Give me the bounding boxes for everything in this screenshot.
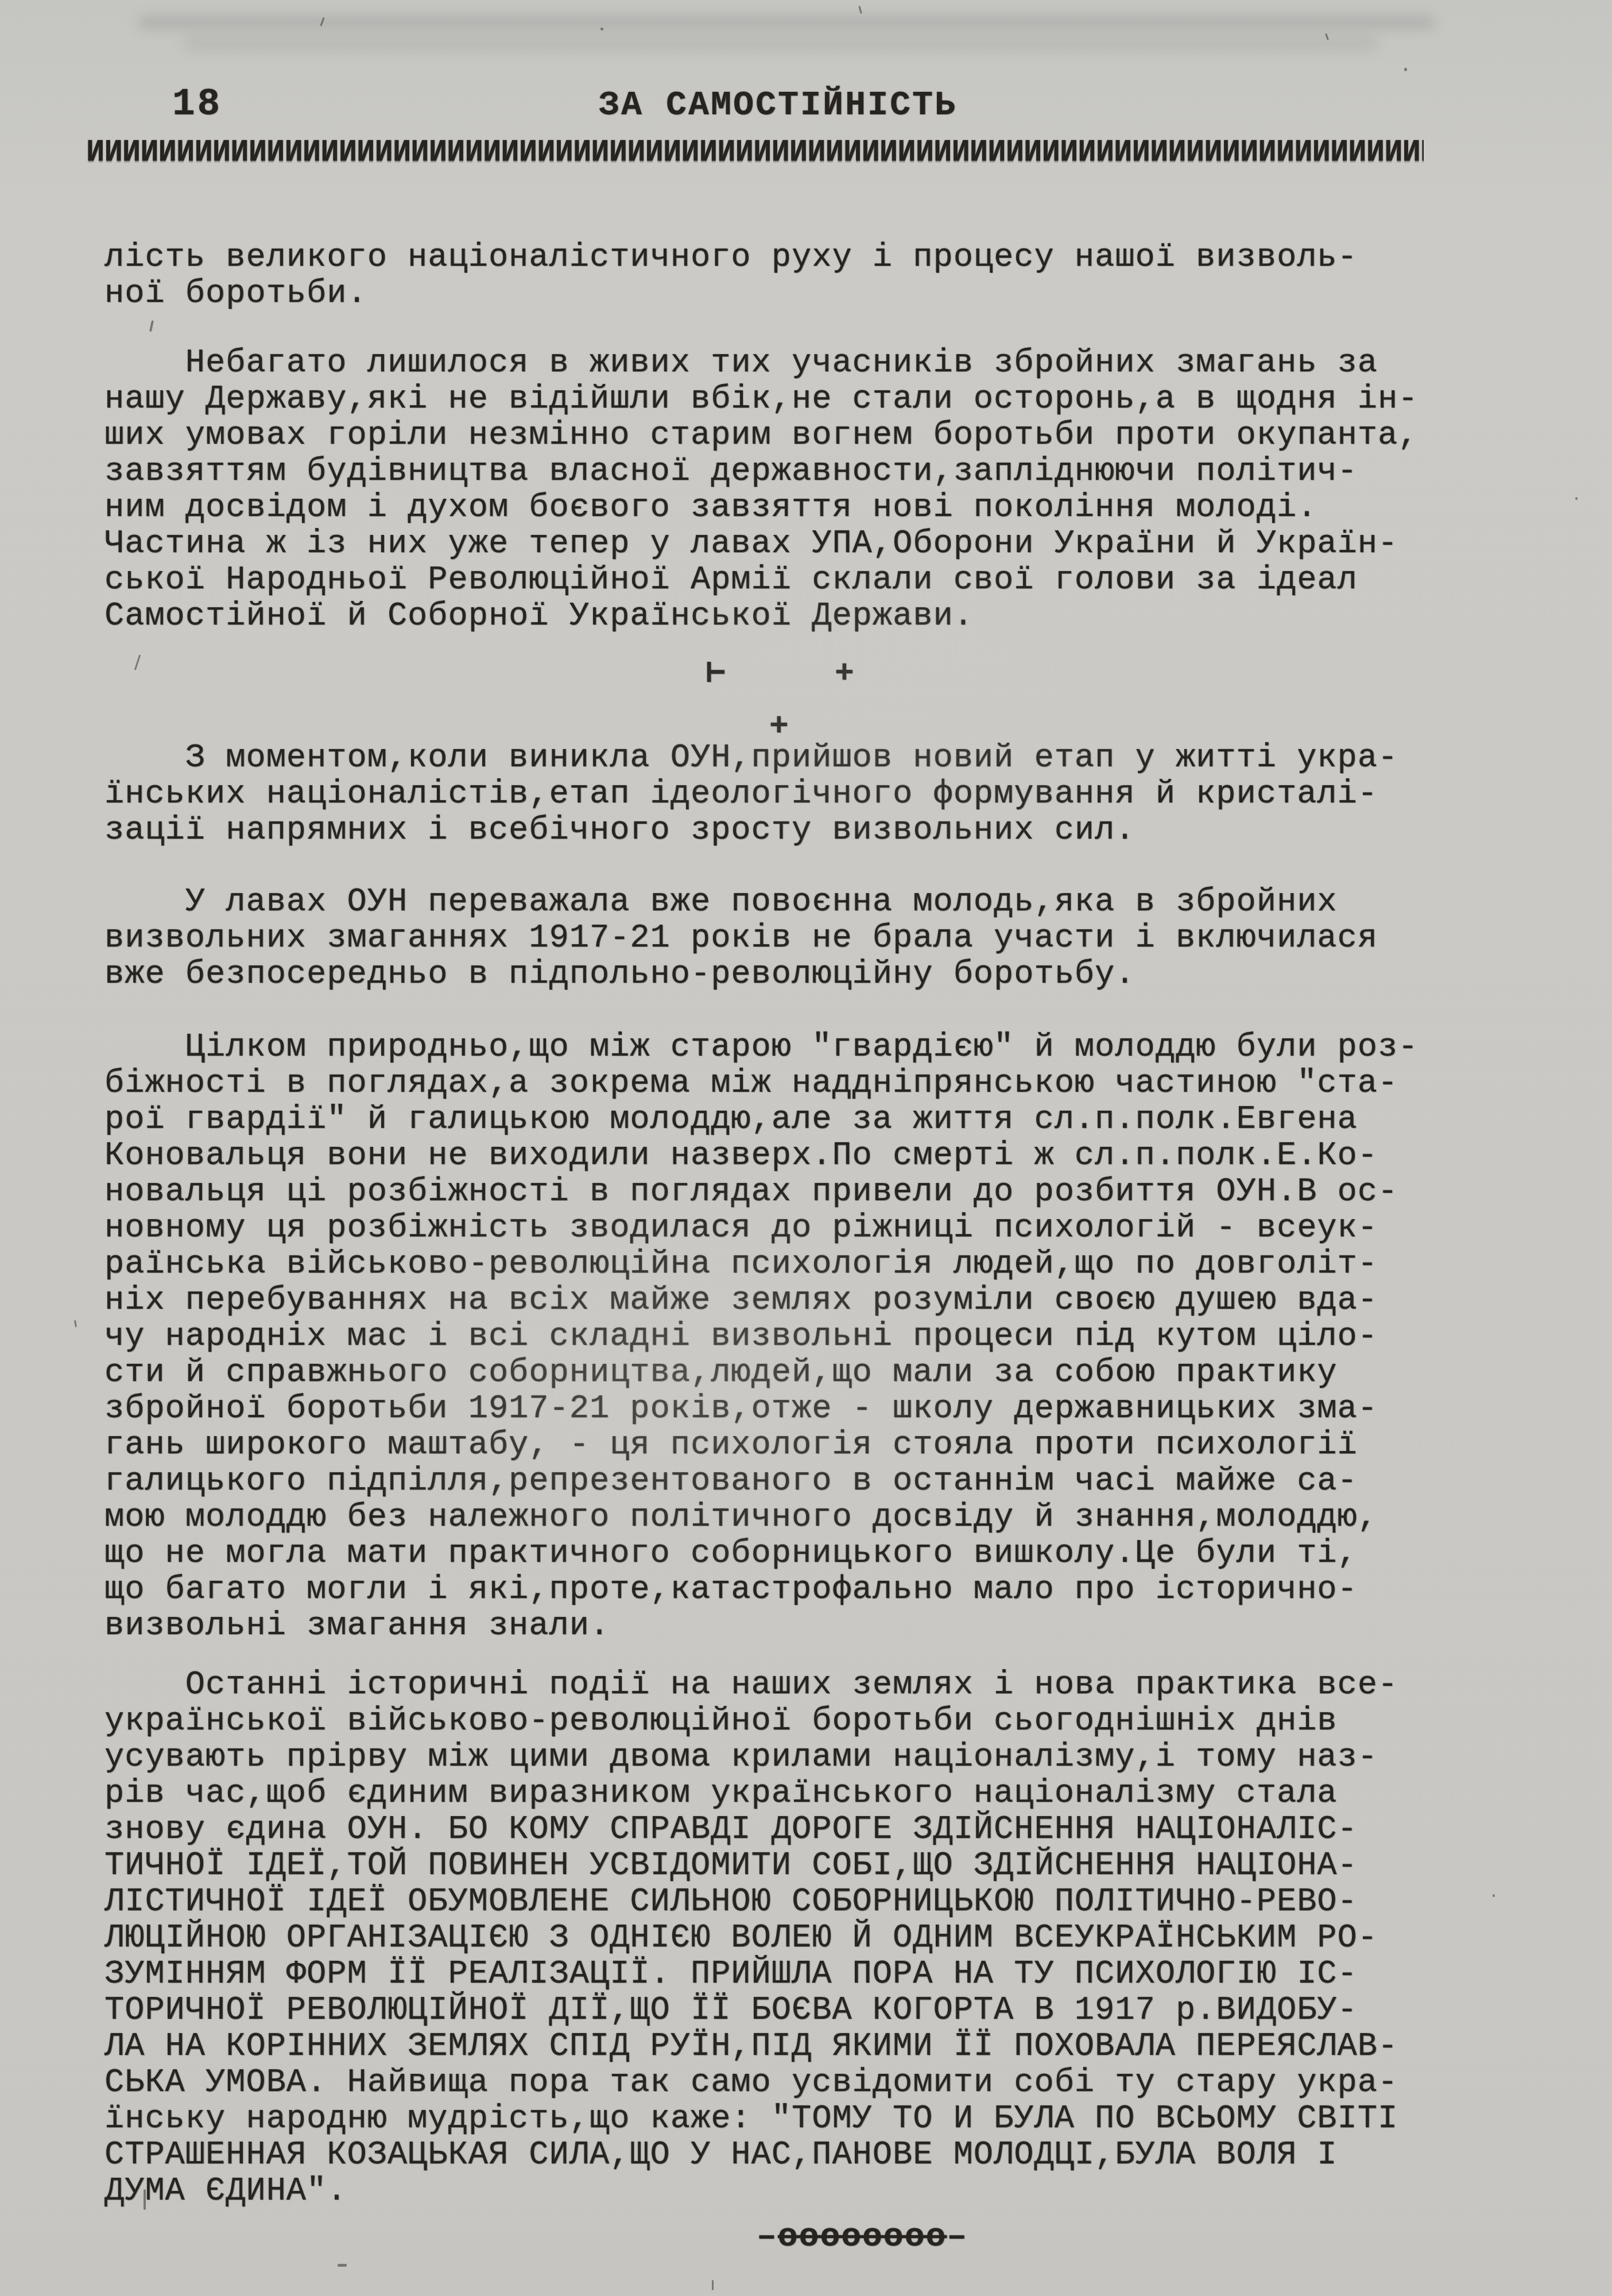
bleedthrough-band xyxy=(184,37,1378,51)
text-column: лість великого націоналістичного руху і … xyxy=(104,240,1522,2255)
end-ornament: –оооооооо– xyxy=(104,2219,1522,2255)
scan-speck xyxy=(712,2280,714,2290)
ornament-circles: оооооооо xyxy=(778,2219,947,2256)
page-title: ЗА САМОСТІЙНІСТЬ xyxy=(599,86,957,125)
bleedthrough-band xyxy=(138,15,1435,30)
scan-speck xyxy=(74,1320,77,1327)
scan-speck xyxy=(1493,1894,1495,1897)
paragraph: Останні історичні події на наших землях … xyxy=(104,1667,1522,2210)
scan-speck xyxy=(1404,68,1407,71)
scan-speck xyxy=(144,2189,146,2210)
paragraph: Цілком природньо,що між старою "гвардією… xyxy=(104,1030,1522,1645)
scan-speck xyxy=(1325,33,1329,40)
separator-mark: + xyxy=(835,656,855,692)
paragraph: У лавах ОУН переважала вже повоєнна моло… xyxy=(104,885,1522,993)
scanned-document-page: 18 ЗА САМОСТІЙНІСТЬ ИИИИИИИИИИИИИИИИИИИИ… xyxy=(0,0,1612,2296)
separator-mark: ⊢ xyxy=(706,656,726,692)
ornament-dash: – xyxy=(947,2219,968,2256)
page-number: 18 xyxy=(172,83,222,126)
scan-speck xyxy=(600,28,603,30)
scan-speck xyxy=(1575,497,1578,500)
ornament-dash: – xyxy=(757,2219,778,2256)
separator-mark: + xyxy=(769,708,789,744)
scan-speck xyxy=(320,17,324,26)
scan-speck xyxy=(338,2264,347,2267)
header-divider-row: ИИИИИИИИИИИИИИИИИИИИИИИИИИИИИИИИИИИИИИИИ… xyxy=(86,134,1424,174)
paragraph: лість великого націоналістичного руху і … xyxy=(104,240,1522,312)
scan-speck xyxy=(858,6,862,14)
section-separator: ⊢ + + xyxy=(104,635,1522,740)
paragraph: Небагато лишилося в живих тих учасників … xyxy=(104,346,1522,635)
paragraph: З моментом,коли виникла ОУН,прийшов нови… xyxy=(104,740,1522,849)
